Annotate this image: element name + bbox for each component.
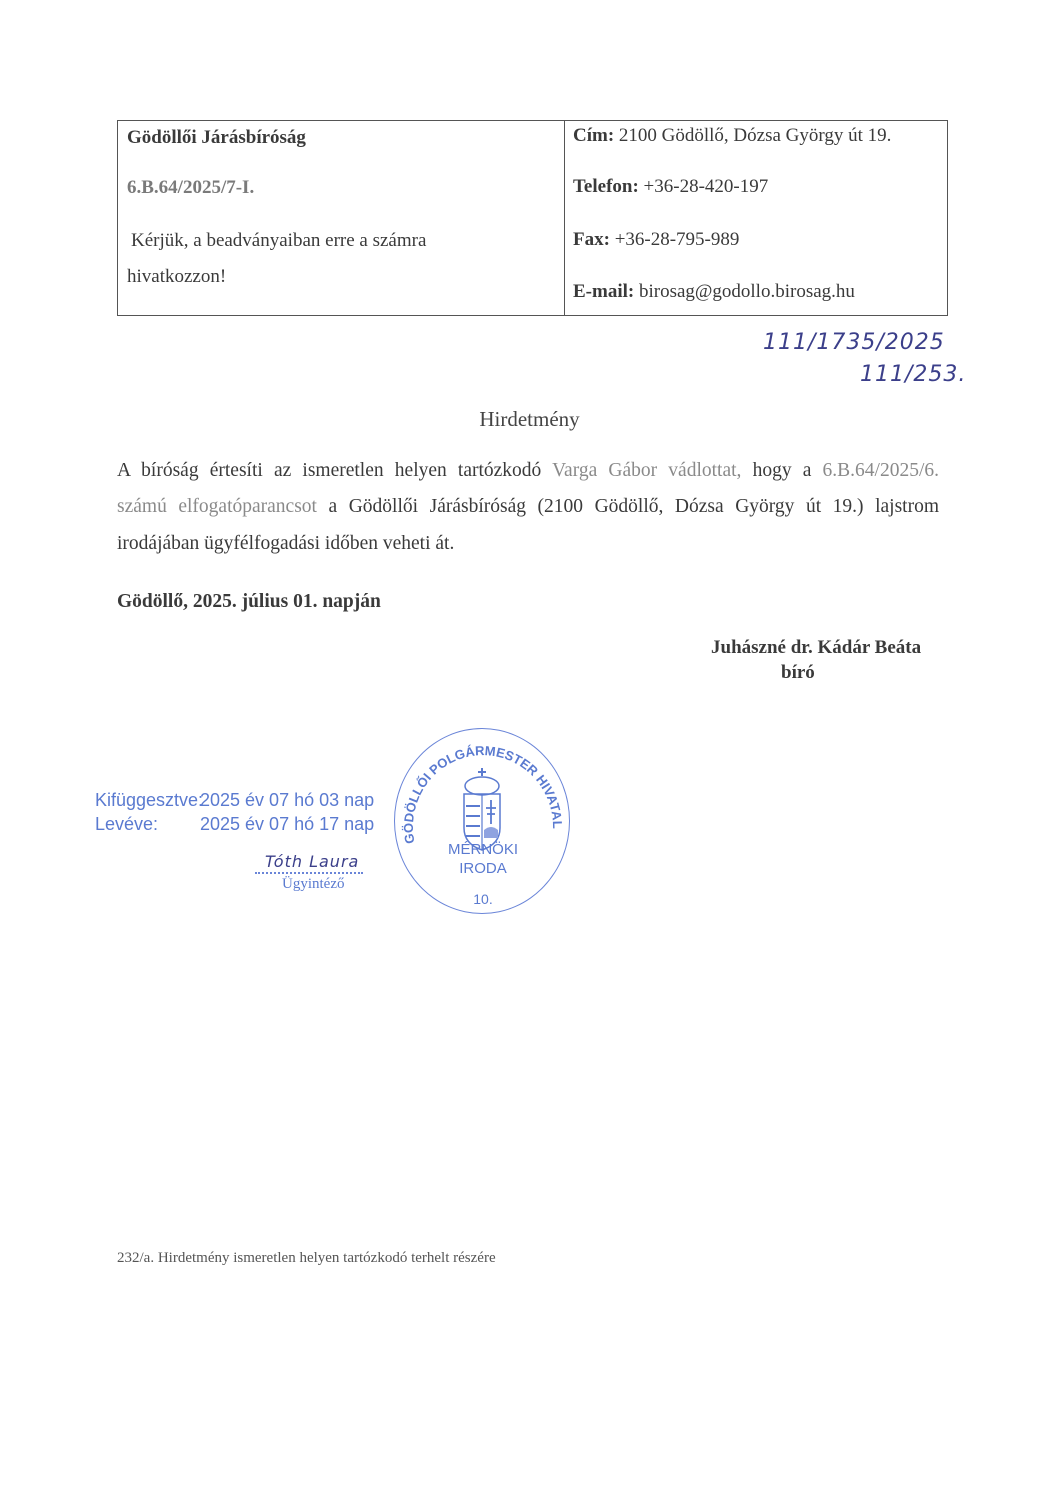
form-note: 232/a. Hirdetmény ismeretlen helyen tart… (117, 1250, 496, 1267)
body-text: A bíróság értesíti az ismeretlen helyen … (117, 460, 541, 481)
header-divider (564, 121, 565, 315)
removed-label: Levéve: (95, 814, 158, 835)
address-label: Cím: (573, 125, 614, 146)
seal-center-line1: MÉRNÖKI (395, 841, 571, 858)
email-label: E-mail: (573, 281, 634, 302)
clerk-signature: Tóth Laura (265, 852, 359, 871)
signature-line (255, 872, 363, 874)
handwritten-sub-number: 111/253. (860, 362, 966, 387)
phone-row: Telefon: +36-28-420-197 (573, 176, 768, 198)
fax-value: +36-28-795-989 (615, 229, 740, 250)
address-value: 2100 Gödöllő, Dózsa György út 19. (619, 125, 892, 146)
address-row: Cím: 2100 Gödöllő, Dózsa György út 19. (573, 125, 891, 147)
phone-value: +36-28-420-197 (644, 176, 769, 197)
posted-label: Kifüggesztve: (95, 790, 203, 811)
court-name: Gödöllői Járásbíróság (127, 127, 306, 149)
reference-note-line1: Kérjük, a beadványaiban erre a számra (131, 230, 426, 252)
warrant-type: számú elfogatóparancsot (117, 496, 317, 517)
official-seal: GÖDÖLLŐI POLGÁRMESTER HIVATAL MÉRNÖKI IR… (394, 728, 570, 914)
reference-note-line2: hivatkozzon! (127, 266, 226, 288)
email-row: E-mail: birosag@godollo.birosag.hu (573, 281, 855, 303)
case-number: 6.B.64/2025/7-I. (127, 177, 254, 199)
signer-title: bíró (781, 662, 815, 684)
document-title: Hirdetmény (0, 407, 1059, 432)
posted-value: 2025 év 07 hó 03 nap (200, 790, 374, 811)
fax-row: Fax: +36-28-795-989 (573, 229, 739, 251)
body-text: hogy a (753, 460, 812, 481)
coat-of-arms-icon (464, 768, 500, 850)
defendant-name: Varga Gábor vádlottat, (552, 460, 741, 481)
seal-center-line2: IRODA (395, 860, 571, 877)
seal-ring-text: GÖDÖLLŐI POLGÁRMESTER HIVATAL (394, 728, 570, 914)
email-value: birosag@godollo.birosag.hu (639, 281, 855, 302)
body-text: a Gödöllői Járásbíróság (2100 Gödöllő, D… (329, 496, 939, 517)
phone-label: Telefon: (573, 176, 639, 197)
body-line-2: számú elfogatóparancsot a Gödöllői Járás… (117, 496, 939, 518)
clerk-label: Ügyintéző (282, 876, 344, 893)
handwritten-registry-number: 111/1735/2025 (763, 330, 945, 355)
fax-label: Fax: (573, 229, 610, 250)
body-line-1: A bíróság értesíti az ismeretlen helyen … (117, 460, 939, 482)
body-line-3: irodájában ügyfélfogadási időben veheti … (117, 533, 939, 555)
removed-value: 2025 év 07 hó 17 nap (200, 814, 374, 835)
signer-name: Juhászné dr. Kádár Beáta (711, 637, 921, 659)
warrant-reference: 6.B.64/2025/6. (823, 460, 939, 481)
place-and-date: Gödöllő, 2025. július 01. napján (117, 591, 381, 613)
seal-number: 10. (395, 891, 571, 907)
